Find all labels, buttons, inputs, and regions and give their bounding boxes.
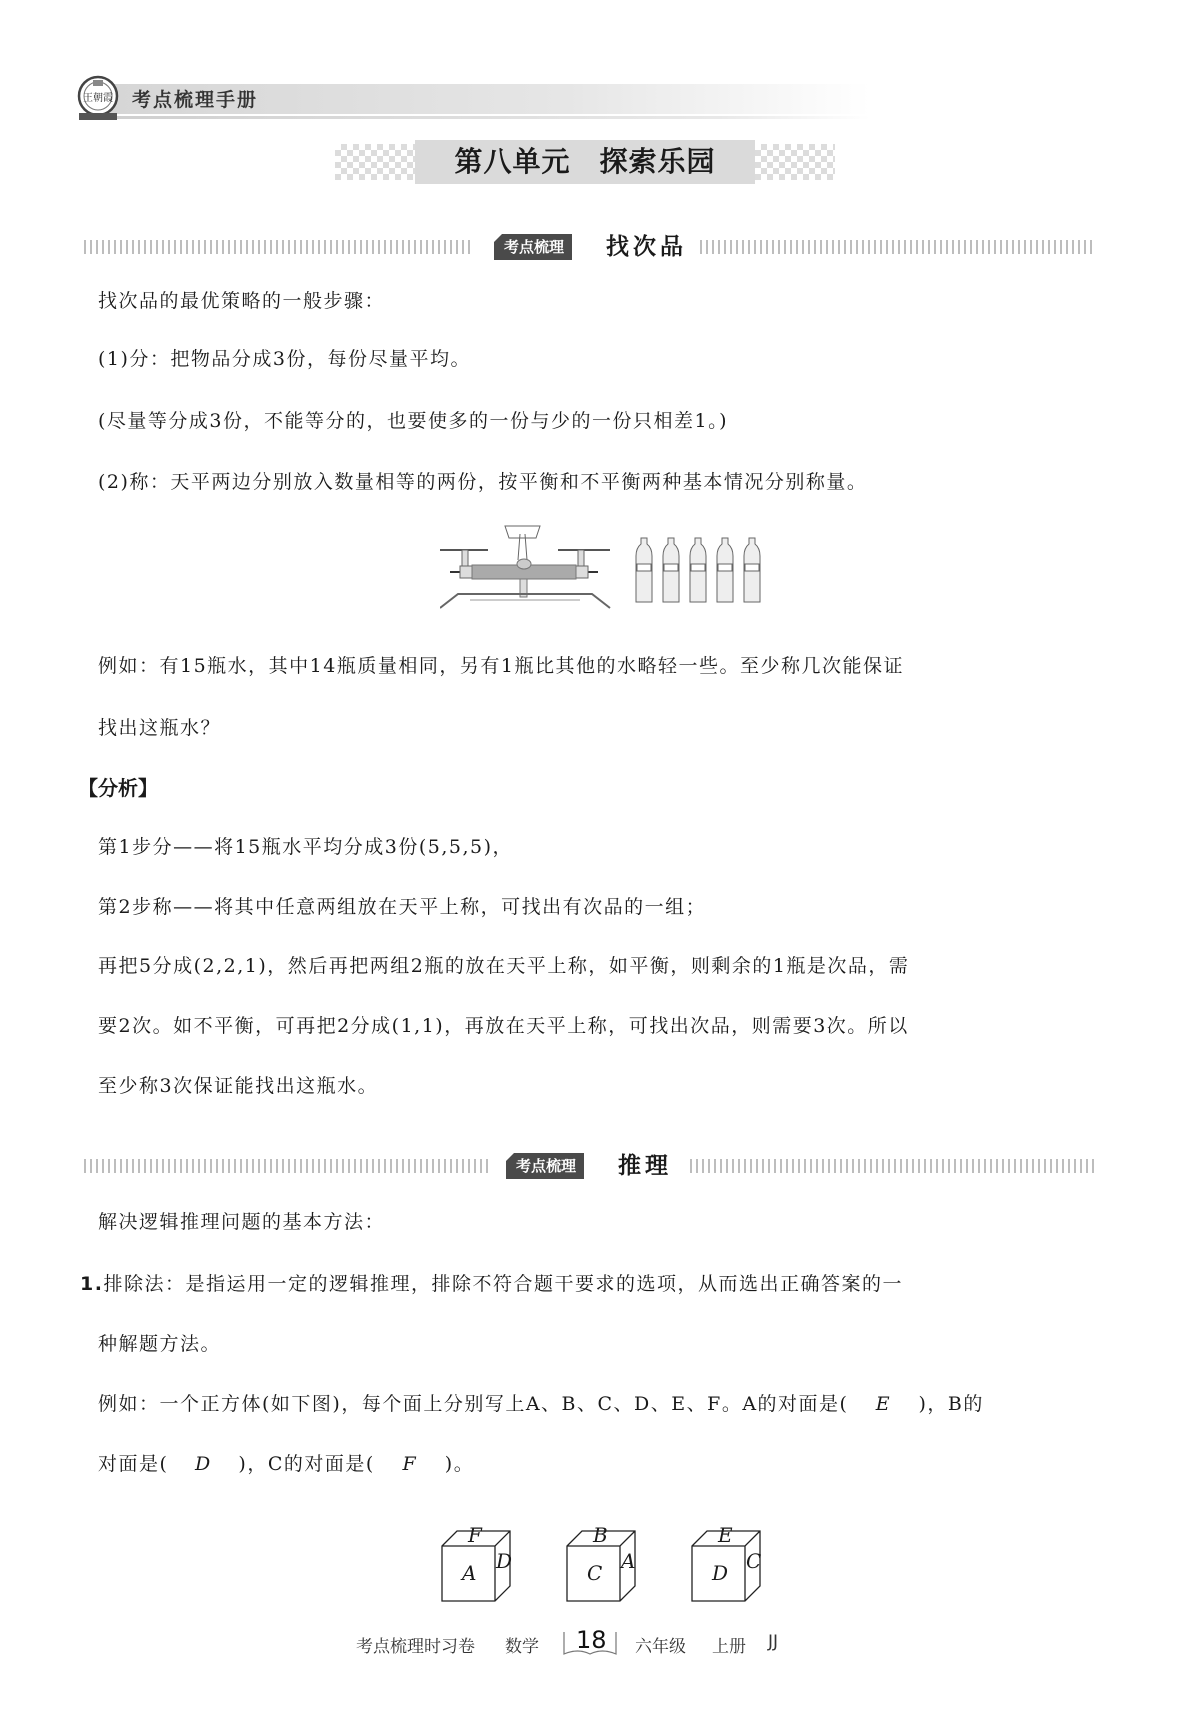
cube-side-label: A xyxy=(621,1549,635,1573)
example-suffix: )。 xyxy=(445,1453,474,1475)
example-mid: )，C的对面是( xyxy=(238,1453,374,1475)
intro-text: 找次品的最优策略的一般步骤： xyxy=(98,287,385,315)
analysis-line: 第1步分——将15瓶水平均分成3份(5,5,5)， xyxy=(98,833,513,861)
method-item-1: 1.排除法：是指运用一定的逻辑推理，排除不符合题干要求的选项，从而选出正确答案的… xyxy=(80,1270,903,1298)
water-bottles-group xyxy=(632,536,772,606)
section-tag: 考点梳理 xyxy=(506,1153,584,1179)
header-title: 考点梳理手册 xyxy=(132,85,258,112)
footer-book-title: 考点梳理时习卷 xyxy=(356,1632,475,1657)
step-2-text: (2)称：天平两边分别放入数量相等的两份，按平衡和不平衡两种基本情况分别称量。 xyxy=(98,468,867,496)
answer-b: D xyxy=(168,1450,238,1478)
section-tag: 考点梳理 xyxy=(494,234,572,260)
page-number: 18 xyxy=(576,1626,607,1654)
step-1-text: (1)分：把物品分成3份，每份尽量平均。 xyxy=(98,345,471,373)
balance-scale-icon xyxy=(440,520,620,610)
cube-figure-2: B C A xyxy=(567,1531,647,1603)
cube-side-label: D xyxy=(496,1549,512,1573)
note-text: (尽量等分成3份，不能等分的，也要使多的一份与少的一份只相差1。) xyxy=(98,407,728,435)
reasoning-intro: 解决逻辑推理问题的基本方法： xyxy=(98,1208,385,1236)
cube-top-label: B xyxy=(593,1523,608,1547)
analysis-heading: 【分析】 xyxy=(78,772,158,801)
cube-example-line-2: 对面是(D)，C的对面是(F)。 xyxy=(98,1450,474,1478)
cube-figure-1: F A D xyxy=(442,1531,522,1603)
example-line-2: 找出这瓶水？ xyxy=(98,714,221,742)
answer-a: E xyxy=(848,1390,918,1418)
cube-top-label: F xyxy=(468,1523,482,1547)
tick-rule-right xyxy=(700,240,1094,254)
example-prefix: 对面是( xyxy=(98,1453,168,1475)
section-title: 找次品 xyxy=(606,231,687,263)
checker-decoration-right xyxy=(755,144,835,180)
checker-decoration-left xyxy=(335,144,415,180)
tick-rule-left xyxy=(84,1159,492,1173)
section-heading-find-defective: 考点梳理 找次品 xyxy=(84,231,1094,263)
cube-front-label: D xyxy=(712,1561,728,1585)
analysis-line: 再把5分成(2,2,1)，然后再把两组2瓶的放在天平上称，如平衡，则剩余的1瓶是… xyxy=(98,952,909,980)
cube-example-line-1: 例如：一个正方体(如下图)，每个面上分别写上A、B、C、D、E、F。A的对面是(… xyxy=(98,1390,984,1418)
cube-front-label: A xyxy=(462,1561,476,1585)
cube-figure-3: E D C xyxy=(692,1531,772,1603)
example-suffix: )，B的 xyxy=(918,1393,983,1415)
analysis-line: 要2次。如不平衡，可再把2分成(1,1)，再放在天平上称，可找出次品，则需要3次… xyxy=(98,1012,909,1040)
analysis-line: 至少称3次保证能找出这瓶水。 xyxy=(98,1072,378,1100)
footer-grade: 六年级 xyxy=(635,1632,686,1657)
item-number: 1. xyxy=(80,1273,103,1295)
svg-text:王朝霞: 王朝霞 xyxy=(83,91,113,104)
header-underline xyxy=(110,116,870,119)
unit-title-banner: 第八单元 探索乐园 xyxy=(335,138,835,186)
method-item-1-cont: 种解题方法。 xyxy=(98,1330,221,1358)
cube-front-label: C xyxy=(587,1561,602,1585)
section-title: 推理 xyxy=(618,1150,672,1182)
answer-c: F xyxy=(375,1450,445,1478)
analysis-line: 第2步称——将其中任意两组放在天平上称，可找出有次品的一组； xyxy=(98,893,706,921)
section-heading-reasoning: 考点梳理 推理 xyxy=(84,1150,1094,1182)
item-text: 排除法：是指运用一定的逻辑推理，排除不符合题干要求的选项，从而选出正确答案的一 xyxy=(103,1273,903,1295)
footer-edition: JJ xyxy=(768,1632,778,1652)
footer-subject: 数学 xyxy=(505,1632,539,1657)
cube-top-label: E xyxy=(718,1523,733,1547)
tick-rule-left xyxy=(84,240,474,254)
unit-title: 第八单元 探索乐园 xyxy=(415,140,755,184)
cube-side-label: C xyxy=(746,1549,761,1573)
page-footer: 考点梳理时习卷 数学 18 六年级 上册 JJ xyxy=(340,1626,820,1660)
example-line-1: 例如：有15瓶水，其中14瓶质量相同，另有1瓶比其他的水略轻一些。至少称几次能保… xyxy=(98,652,904,680)
wangchaoxia-badge-logo-icon: 王朝霞 xyxy=(76,70,120,126)
example-prefix: 例如：一个正方体(如下图)，每个面上分别写上A、B、C、D、E、F。A的对面是( xyxy=(98,1393,848,1415)
footer-volume: 上册 xyxy=(712,1632,746,1657)
tick-rule-right xyxy=(690,1159,1094,1173)
